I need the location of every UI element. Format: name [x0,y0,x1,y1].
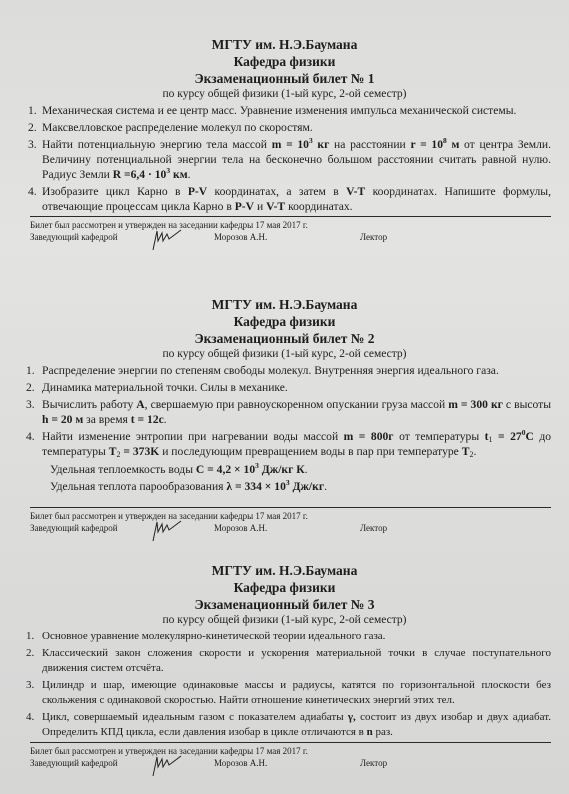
approval-footer: Билет был рассмотрен и утвержден на засе… [30,219,569,245]
approval-text: Билет был рассмотрен и утвержден на засе… [30,745,569,757]
approval-footer: Билет был рассмотрен и утвержден на засе… [30,745,569,771]
question-4: 4.Цикл, совершаемый идеальным газом с по… [0,710,569,740]
question-3: 3.Вычислить работу A, свершаемую при рав… [0,397,569,427]
question-2: 2.Динамика материальной точки. Силы в ме… [0,380,569,395]
lecturer-label: Лектор [360,757,387,769]
head-name: Морозов А.Н. [214,231,267,243]
course-info: по курсу общей физики (1-ый курс, 2-ой с… [0,87,569,101]
university-name: МГТУ им. Н.Э.Баумана [0,36,569,53]
question-2: 2.Классический закон сложения скорости и… [0,646,569,676]
question-1: 1.Механическая система и ее центр масс. … [0,103,569,118]
question-2: 2.Максвелловское распределение молекул п… [0,120,569,135]
department-name: Кафедра физики [0,53,569,70]
approval-footer: Билет был рассмотрен и утвержден на засе… [30,510,569,536]
question-list: 1.Механическая система и ее центр масс. … [0,103,569,214]
divider [30,742,551,743]
department-name: Кафедра физики [0,313,569,330]
university-name: МГТУ им. Н.Э.Баумана [0,562,569,579]
signature-icon [145,227,185,251]
course-info: по курсу общей физики (1-ый курс, 2-ой с… [0,613,569,627]
exam-ticket-2: МГТУ им. Н.Э.Баумана Кафедра физики Экза… [0,296,569,536]
department-name: Кафедра физики [0,579,569,596]
question-list: 1.Распределение энергии по степеням своб… [0,363,569,459]
ticket-title: Экзаменационный билет № 2 [0,330,569,347]
head-label: Заведующий кафедрой [30,757,118,769]
given-data-2: Удельная теплота парообразования λ = 334… [0,478,569,495]
question-list: 1.Основное уравнение молекулярно-кинетич… [0,629,569,740]
head-name: Морозов А.Н. [214,522,267,534]
lecturer-label: Лектор [360,522,387,534]
signature-icon [145,518,185,542]
lecturer-label: Лектор [360,231,387,243]
given-data-1: Удельная теплоемкость воды C = 4,2 × 103… [0,461,569,478]
approval-text: Билет был рассмотрен и утвержден на засе… [30,219,569,231]
university-name: МГТУ им. Н.Э.Баумана [0,296,569,313]
question-1: 1.Распределение энергии по степеням своб… [0,363,569,378]
question-1: 1.Основное уравнение молекулярно-кинетич… [0,629,569,644]
head-label: Заведующий кафедрой [30,522,118,534]
head-label: Заведующий кафедрой [30,231,118,243]
approval-text: Билет был рассмотрен и утвержден на засе… [30,510,569,522]
question-3: 3.Цилиндр и шар, имеющие одинаковые масс… [0,678,569,708]
exam-ticket-1: МГТУ им. Н.Э.Баумана Кафедра физики Экза… [0,36,569,245]
ticket-title: Экзаменационный билет № 3 [0,596,569,613]
signature-icon [145,753,185,777]
question-4: 4.Найти изменение энтропии при нагревани… [0,429,569,459]
ticket-title: Экзаменационный билет № 1 [0,70,569,87]
exam-ticket-3: МГТУ им. Н.Э.Баумана Кафедра физики Экза… [0,562,569,771]
head-name: Морозов А.Н. [214,757,267,769]
question-3: 3.Найти потенциальную энергию тела массо… [0,137,569,182]
divider [30,216,551,217]
question-4: 4.Изобразите цикл Карно в P-V координата… [0,184,569,214]
course-info: по курсу общей физики (1-ый курс, 2-ой с… [0,347,569,361]
divider [30,507,551,508]
